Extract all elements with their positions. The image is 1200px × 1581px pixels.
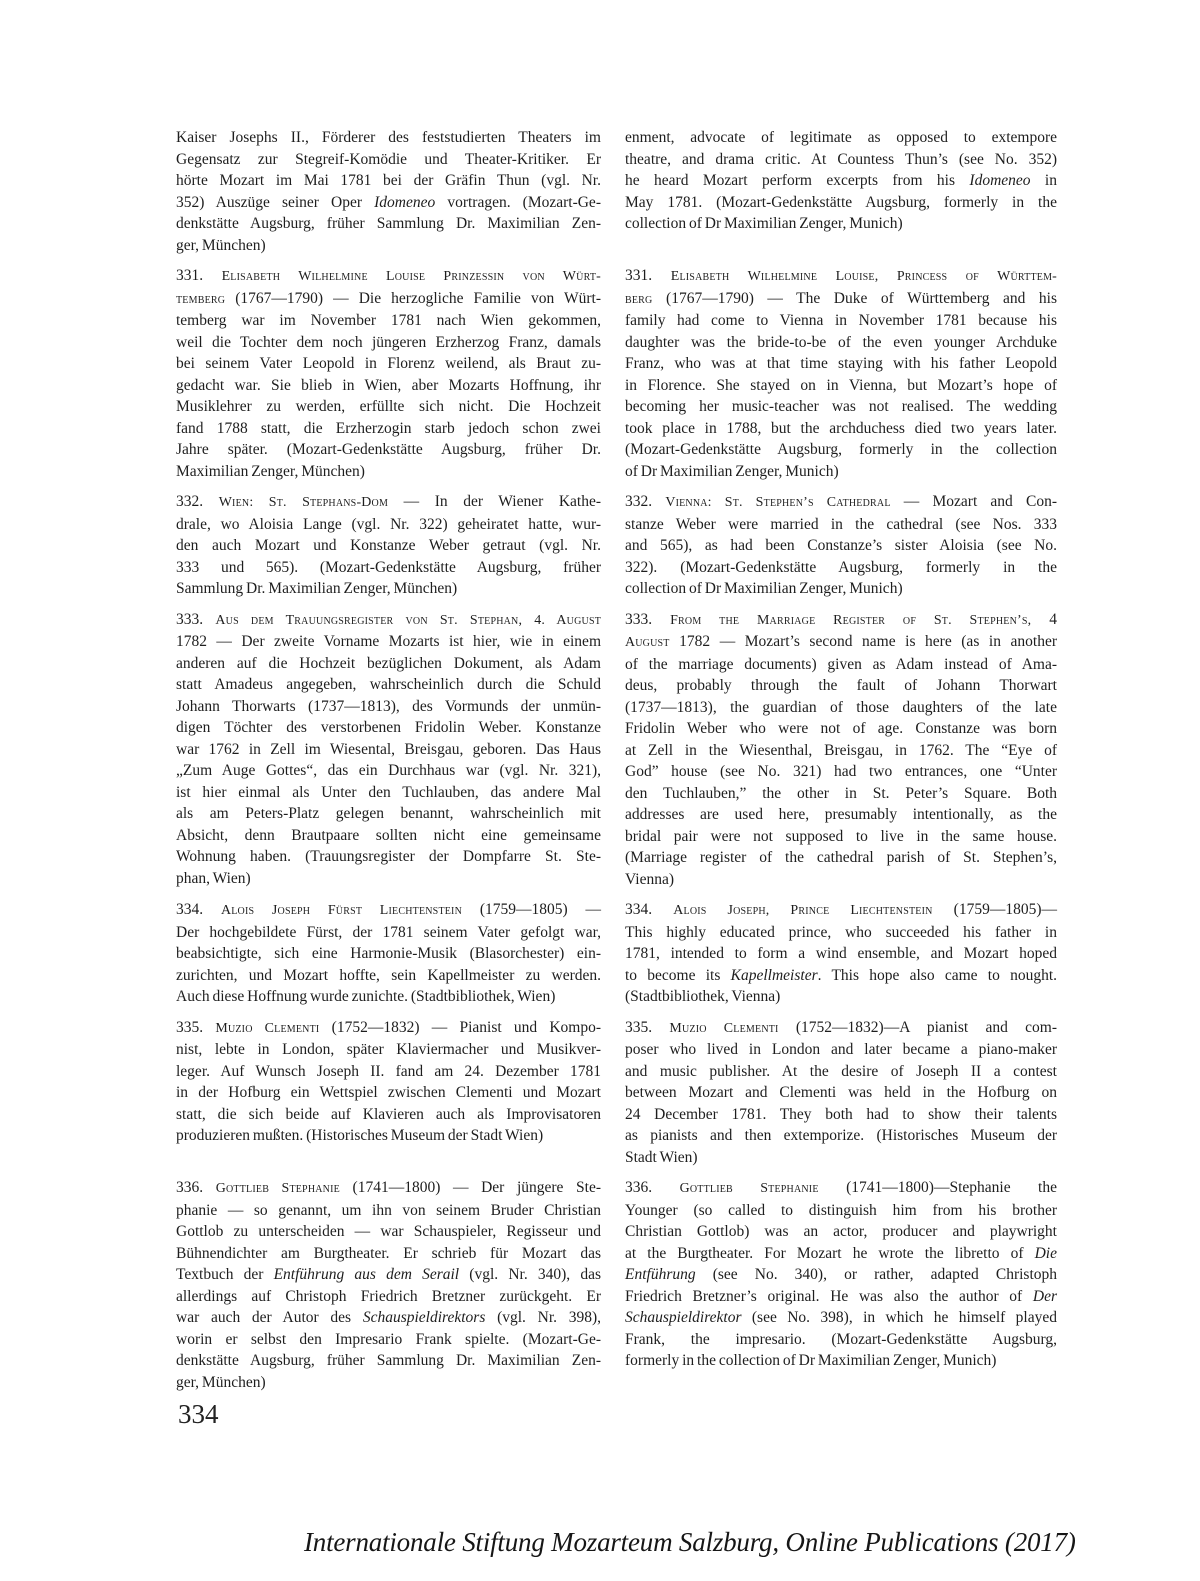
- text-line: beabsichtigte, sich eine Harmonie-Musik …: [176, 943, 601, 965]
- text-line: allerdings auf Christoph Friedrich Bretz…: [176, 1286, 601, 1308]
- small-caps-name: Alois Joseph Fürst Liechtenstein: [221, 903, 462, 918]
- entry-332-de: 332. Wien: St. Stephans-Dom — In der Wie…: [176, 491, 601, 600]
- entry-336-de: 336. Gottlieb Stephanie (1741—1800) — De…: [176, 1177, 601, 1393]
- text-line: produzieren mußten. (Historisches Museum…: [176, 1125, 601, 1147]
- text-line: denkstätte Augsburg, früher Sammlung Dr.…: [176, 213, 601, 235]
- text-line: Stadt Wien): [625, 1147, 1057, 1169]
- text-line: This highly educated prince, who succeed…: [625, 922, 1057, 944]
- small-caps-name: Aus dem Trauungsregister von St. Stephan…: [215, 613, 601, 628]
- text-line: of the marriage documents) given as Adam…: [625, 654, 1057, 676]
- text-line: Absicht, denn Brautpaare sollten nicht e…: [176, 825, 601, 847]
- text-line: 336. Gottlieb Stephanie (1741—1800)—Step…: [625, 1177, 1057, 1200]
- text-line: statt Amadeus angegeben, wahrscheinlich …: [176, 674, 601, 696]
- text-line: theatre, and drama critic. At Countess T…: [625, 149, 1057, 171]
- text-line: 334. Alois Joseph, Prince Liechtenstein …: [625, 899, 1057, 922]
- text-line: 352) Auszüge seiner Oper Idomeneo vortra…: [176, 192, 601, 214]
- text-line: May 1781. (Mozart-Gedenkstätte Augsburg,…: [625, 192, 1057, 214]
- text-line: enment, advocate of legitimate as oppose…: [625, 127, 1057, 149]
- text-line: collection of Dr Maximilian Zenger, Muni…: [625, 578, 1057, 600]
- entry-331-en: 331. Elisabeth Wilhelmine Louise, Prince…: [625, 265, 1057, 482]
- text-line: fand 1788 statt, die Erzherzogin starb j…: [176, 418, 601, 440]
- entry-331-de: 331. Elisabeth Wilhelmine Louise Prinzes…: [176, 265, 601, 482]
- text-line: 333. From the Marriage Register of St. S…: [625, 609, 1057, 632]
- text-line: Christian Gottlob) was an actor, produce…: [625, 1221, 1057, 1243]
- small-caps-name: Muzio Clementi: [215, 1021, 319, 1036]
- text-line: temberg war im November 1781 nach Wien g…: [176, 310, 601, 332]
- text-line: becoming her music-teacher was not reali…: [625, 396, 1057, 418]
- text-line: 332. Vienna: St. Stephen’s Cathedral — M…: [625, 491, 1057, 514]
- text-line: anderen auf die Hochzeit bezüglichen Dok…: [176, 653, 601, 675]
- text-line: statt, die sich beide auf Klavieren auch…: [176, 1104, 601, 1126]
- text-line: and 565), as had been Constanze’s sister…: [625, 535, 1057, 557]
- text-line: 1782 — Der zweite Vorname Mozarts ist hi…: [176, 631, 601, 653]
- text-line: (Mozart-Gedenkstätte Augsburg, formerly …: [625, 439, 1057, 461]
- text-line: daughter was the bride-to-be of the even…: [625, 332, 1057, 354]
- text-line: 336. Gottlieb Stephanie (1741—1800) — De…: [176, 1177, 601, 1200]
- text-line: Maximilian Zenger, München): [176, 461, 601, 483]
- text-line: collection of Dr Maximilian Zenger, Muni…: [625, 213, 1057, 235]
- text-line: Sammlung Dr. Maximilian Zenger, München): [176, 578, 601, 600]
- text-line: and music publisher. At the desire of Jo…: [625, 1061, 1057, 1083]
- text-line: 334. Alois Joseph Fürst Liechtenstein (1…: [176, 899, 601, 922]
- text-line: Auch diese Hoffnung wurde zunichte. (Sta…: [176, 986, 601, 1008]
- page-number: 334: [178, 1399, 219, 1429]
- small-caps-name: Wien: St. Stephans-Dom: [219, 495, 388, 510]
- text-line: ist hier einmal als Unter den Tuchlauben…: [176, 782, 601, 804]
- text-line: denkstätte Augsburg, früher Sammlung Dr.…: [176, 1350, 601, 1372]
- small-caps-name: Elisabeth Wilhelmine Louise Prinzessin v…: [222, 269, 601, 284]
- text-line: berg (1767—1790) — The Duke of Württembe…: [625, 288, 1057, 311]
- text-line: war auch der Autor des Schauspieldirekto…: [176, 1307, 601, 1329]
- entry-335-en: 335. Muzio Clementi (1752—1832)—A pianis…: [625, 1017, 1057, 1169]
- text-line: war 1762 in Zell im Wiesental, Breisgau,…: [176, 739, 601, 761]
- text-line: (Marriage register of the cathedral pari…: [625, 847, 1057, 869]
- text-line: family had come to Vienna in November 17…: [625, 310, 1057, 332]
- entry-335-de: 335. Muzio Clementi (1752—1832) — Pianis…: [176, 1017, 601, 1147]
- intro-continuation-de: Kaiser Josephs II., Förderer des feststu…: [176, 127, 601, 256]
- italic-text: Entführung aus dem Serail: [274, 1266, 460, 1283]
- text-line: digen Töchter des verstorbenen Fridolin …: [176, 717, 601, 739]
- entry-332-en: 332. Vienna: St. Stephen’s Cathedral — M…: [625, 491, 1057, 600]
- footer-credit: Internationale Stiftung Mozarteum Salzbu…: [304, 1526, 1076, 1558]
- text-line: bei seinem Vater Leopold in Florenz weil…: [176, 353, 601, 375]
- text-line: ger, München): [176, 1372, 601, 1394]
- small-caps-name: Muzio Clementi: [669, 1021, 778, 1036]
- text-line: gedacht war. Sie blieb in Wien, aber Moz…: [176, 375, 601, 397]
- text-line: temberg (1767—1790) — Die herzogliche Fa…: [176, 288, 601, 311]
- intro-continuation-en: enment, advocate of legitimate as oppose…: [625, 127, 1057, 235]
- text-line: drale, wo Aloisia Lange (vgl. Nr. 322) g…: [176, 514, 601, 536]
- text-line: den auch Mozart und Konstanze Weber getr…: [176, 535, 601, 557]
- text-line: 335. Muzio Clementi (1752—1832)—A pianis…: [625, 1017, 1057, 1040]
- text-line: August 1782 — Mozart’s second name is he…: [625, 631, 1057, 654]
- text-line: as pianists and then extemporize. (Histo…: [625, 1125, 1057, 1147]
- entry-334-en: 334. Alois Joseph, Prince Liechtenstein …: [625, 899, 1057, 1008]
- small-caps-name: Elisabeth Wilhelmine Louise, Princess of…: [671, 269, 1057, 284]
- italic-text: Der: [1033, 1288, 1057, 1305]
- text-line: leger. Auf Wunsch Joseph II. fand am 24.…: [176, 1061, 601, 1083]
- text-line: (1737—1813), the guardian of those daugh…: [625, 697, 1057, 719]
- small-caps-name: August: [625, 635, 670, 650]
- small-caps-name: Gottlieb Stephanie: [680, 1181, 819, 1196]
- text-line: als am Peters-Platz gelegen benannt, wah…: [176, 803, 601, 825]
- text-line: Kaiser Josephs II., Förderer des feststu…: [176, 127, 601, 149]
- text-line: 24 December 1781. They both had to show …: [625, 1104, 1057, 1126]
- small-caps-name: temberg: [176, 292, 225, 307]
- text-line: poser who lived in London and later beca…: [625, 1039, 1057, 1061]
- text-line: stanze Weber were married in the cathedr…: [625, 514, 1057, 536]
- text-line: phan, Wien): [176, 868, 601, 890]
- text-line: 333. Aus dem Trauungsregister von St. St…: [176, 609, 601, 632]
- italic-text: Kapellmeister: [731, 967, 818, 984]
- text-line: at the Burgtheater. For Mozart he wrote …: [625, 1243, 1057, 1265]
- text-line: Frank, the impresario. (Mozart-Gedenkstä…: [625, 1329, 1057, 1351]
- text-line: Musiklehrer zu werden, erfüllte sich nic…: [176, 396, 601, 418]
- text-line: Johann Thorwarts (1737—1813), des Vormun…: [176, 696, 601, 718]
- text-line: 332. Wien: St. Stephans-Dom — In der Wie…: [176, 491, 601, 514]
- entry-334-de: 334. Alois Joseph Fürst Liechtenstein (1…: [176, 899, 601, 1008]
- text-line: Vienna): [625, 869, 1057, 891]
- small-caps-name: Vienna: St. Stephen’s Cathedral: [665, 495, 890, 510]
- text-line: addresses are used here, presumably inte…: [625, 804, 1057, 826]
- text-line: at Zell in the Wiesenthal, Breisgau, in …: [625, 740, 1057, 762]
- text-line: Jahre später. (Mozart-Gedenkstätte Augsb…: [176, 439, 601, 461]
- text-line: Wohnung haben. (Trauungsregister der Dom…: [176, 846, 601, 868]
- text-line: 322). (Mozart-Gedenkstätte Augsburg, for…: [625, 557, 1057, 579]
- entry-333-en: 333. From the Marriage Register of St. S…: [625, 609, 1057, 891]
- text-line: Entführung (see No. 340), or rather, ada…: [625, 1264, 1057, 1286]
- text-line: nist, lebte in London, später Klaviermac…: [176, 1039, 601, 1061]
- small-caps-name: Gottlieb Stephanie: [216, 1181, 340, 1196]
- text-line: in Florence. She stayed on in Vienna, bu…: [625, 375, 1057, 397]
- entry-333-de: 333. Aus dem Trauungsregister von St. St…: [176, 609, 601, 890]
- text-line: bridal pair were not supposed to live in…: [625, 826, 1057, 848]
- text-line: weil die Tochter dem noch jüngeren Erzhe…: [176, 332, 601, 354]
- entry-336-en: 336. Gottlieb Stephanie (1741—1800)—Step…: [625, 1177, 1057, 1372]
- text-line: Younger (so called to distinguish him fr…: [625, 1200, 1057, 1222]
- text-line: Bühnendichter am Burgtheater. Er schrieb…: [176, 1243, 601, 1265]
- text-line: God” house (see No. 321) had two entranc…: [625, 761, 1057, 783]
- text-line: „Zum Auge Gottes“, das ein Durchhaus war…: [176, 760, 601, 782]
- text-line: ger, München): [176, 235, 601, 257]
- text-line: zurichten, und Mozart hoffte, sein Kapel…: [176, 965, 601, 987]
- text-line: took place in 1788, but the archduchess …: [625, 418, 1057, 440]
- small-caps-name: From the Marriage Register of St. Stephe…: [670, 613, 1031, 628]
- text-line: worin er selbst den Impresario Frank spi…: [176, 1329, 601, 1351]
- italic-text: Idomeneo: [969, 172, 1030, 189]
- text-line: 331. Elisabeth Wilhelmine Louise Prinzes…: [176, 265, 601, 288]
- italic-text: Idomeneo: [374, 194, 435, 211]
- italic-text: Die: [1035, 1245, 1057, 1262]
- text-line: 333 und 565). (Mozart-Gedenkstätte Augsb…: [176, 557, 601, 579]
- text-line: den Tuchlauben,” the other in St. Peter’…: [625, 783, 1057, 805]
- text-line: Der hochgebildete Fürst, der 1781 seinem…: [176, 922, 601, 944]
- text-line: Franz, who was at that time staying with…: [625, 353, 1057, 375]
- text-line: 1781, intended to form a wind ensemble, …: [625, 943, 1057, 965]
- text-line: Schauspieldirektor (see No. 398), in whi…: [625, 1307, 1057, 1329]
- text-line: (Stadtbibliothek, Vienna): [625, 986, 1057, 1008]
- italic-text: Schauspieldirektor: [625, 1309, 742, 1326]
- text-line: in der Hofburg ein Wettspiel zwischen Cl…: [176, 1082, 601, 1104]
- text-line: formerly in the collection of Dr Maximil…: [625, 1350, 1057, 1372]
- text-line: of Dr Maximilian Zenger, Munich): [625, 461, 1057, 483]
- text-line: deus, probably through the fault of Joha…: [625, 675, 1057, 697]
- text-line: Fridolin Weber who were not of age. Cons…: [625, 718, 1057, 740]
- text-line: hörte Mozart im Mai 1781 bei der Gräfin …: [176, 170, 601, 192]
- text-line: he heard Mozart perform excerpts from hi…: [625, 170, 1057, 192]
- text-line: Textbuch der Entführung aus dem Serail (…: [176, 1264, 601, 1286]
- italic-text: Entführung: [625, 1266, 696, 1283]
- text-line: Gegensatz zur Stegreif-Komödie und Theat…: [176, 149, 601, 171]
- text-line: Gottlob zu unterscheiden — war Schauspie…: [176, 1221, 601, 1243]
- text-line: between Mozart and Clementi was held in …: [625, 1082, 1057, 1104]
- two-column-text-block: Kaiser Josephs II., Förderer des feststu…: [176, 127, 1057, 1393]
- small-caps-name: berg: [625, 292, 652, 307]
- text-line: Friedrich Bretzner’s original. He was al…: [625, 1286, 1057, 1308]
- small-caps-name: Alois Joseph, Prince Liechtenstein: [673, 903, 932, 918]
- text-line: phanie — so genannt, um ihn von seinem B…: [176, 1200, 601, 1222]
- book-page: Kaiser Josephs II., Förderer des feststu…: [0, 0, 1200, 1581]
- text-line: to become its Kapellmeister. This hope a…: [625, 965, 1057, 987]
- text-line: 331. Elisabeth Wilhelmine Louise, Prince…: [625, 265, 1057, 288]
- italic-text: Schauspieldirektors: [363, 1309, 486, 1326]
- text-line: 335. Muzio Clementi (1752—1832) — Pianis…: [176, 1017, 601, 1040]
